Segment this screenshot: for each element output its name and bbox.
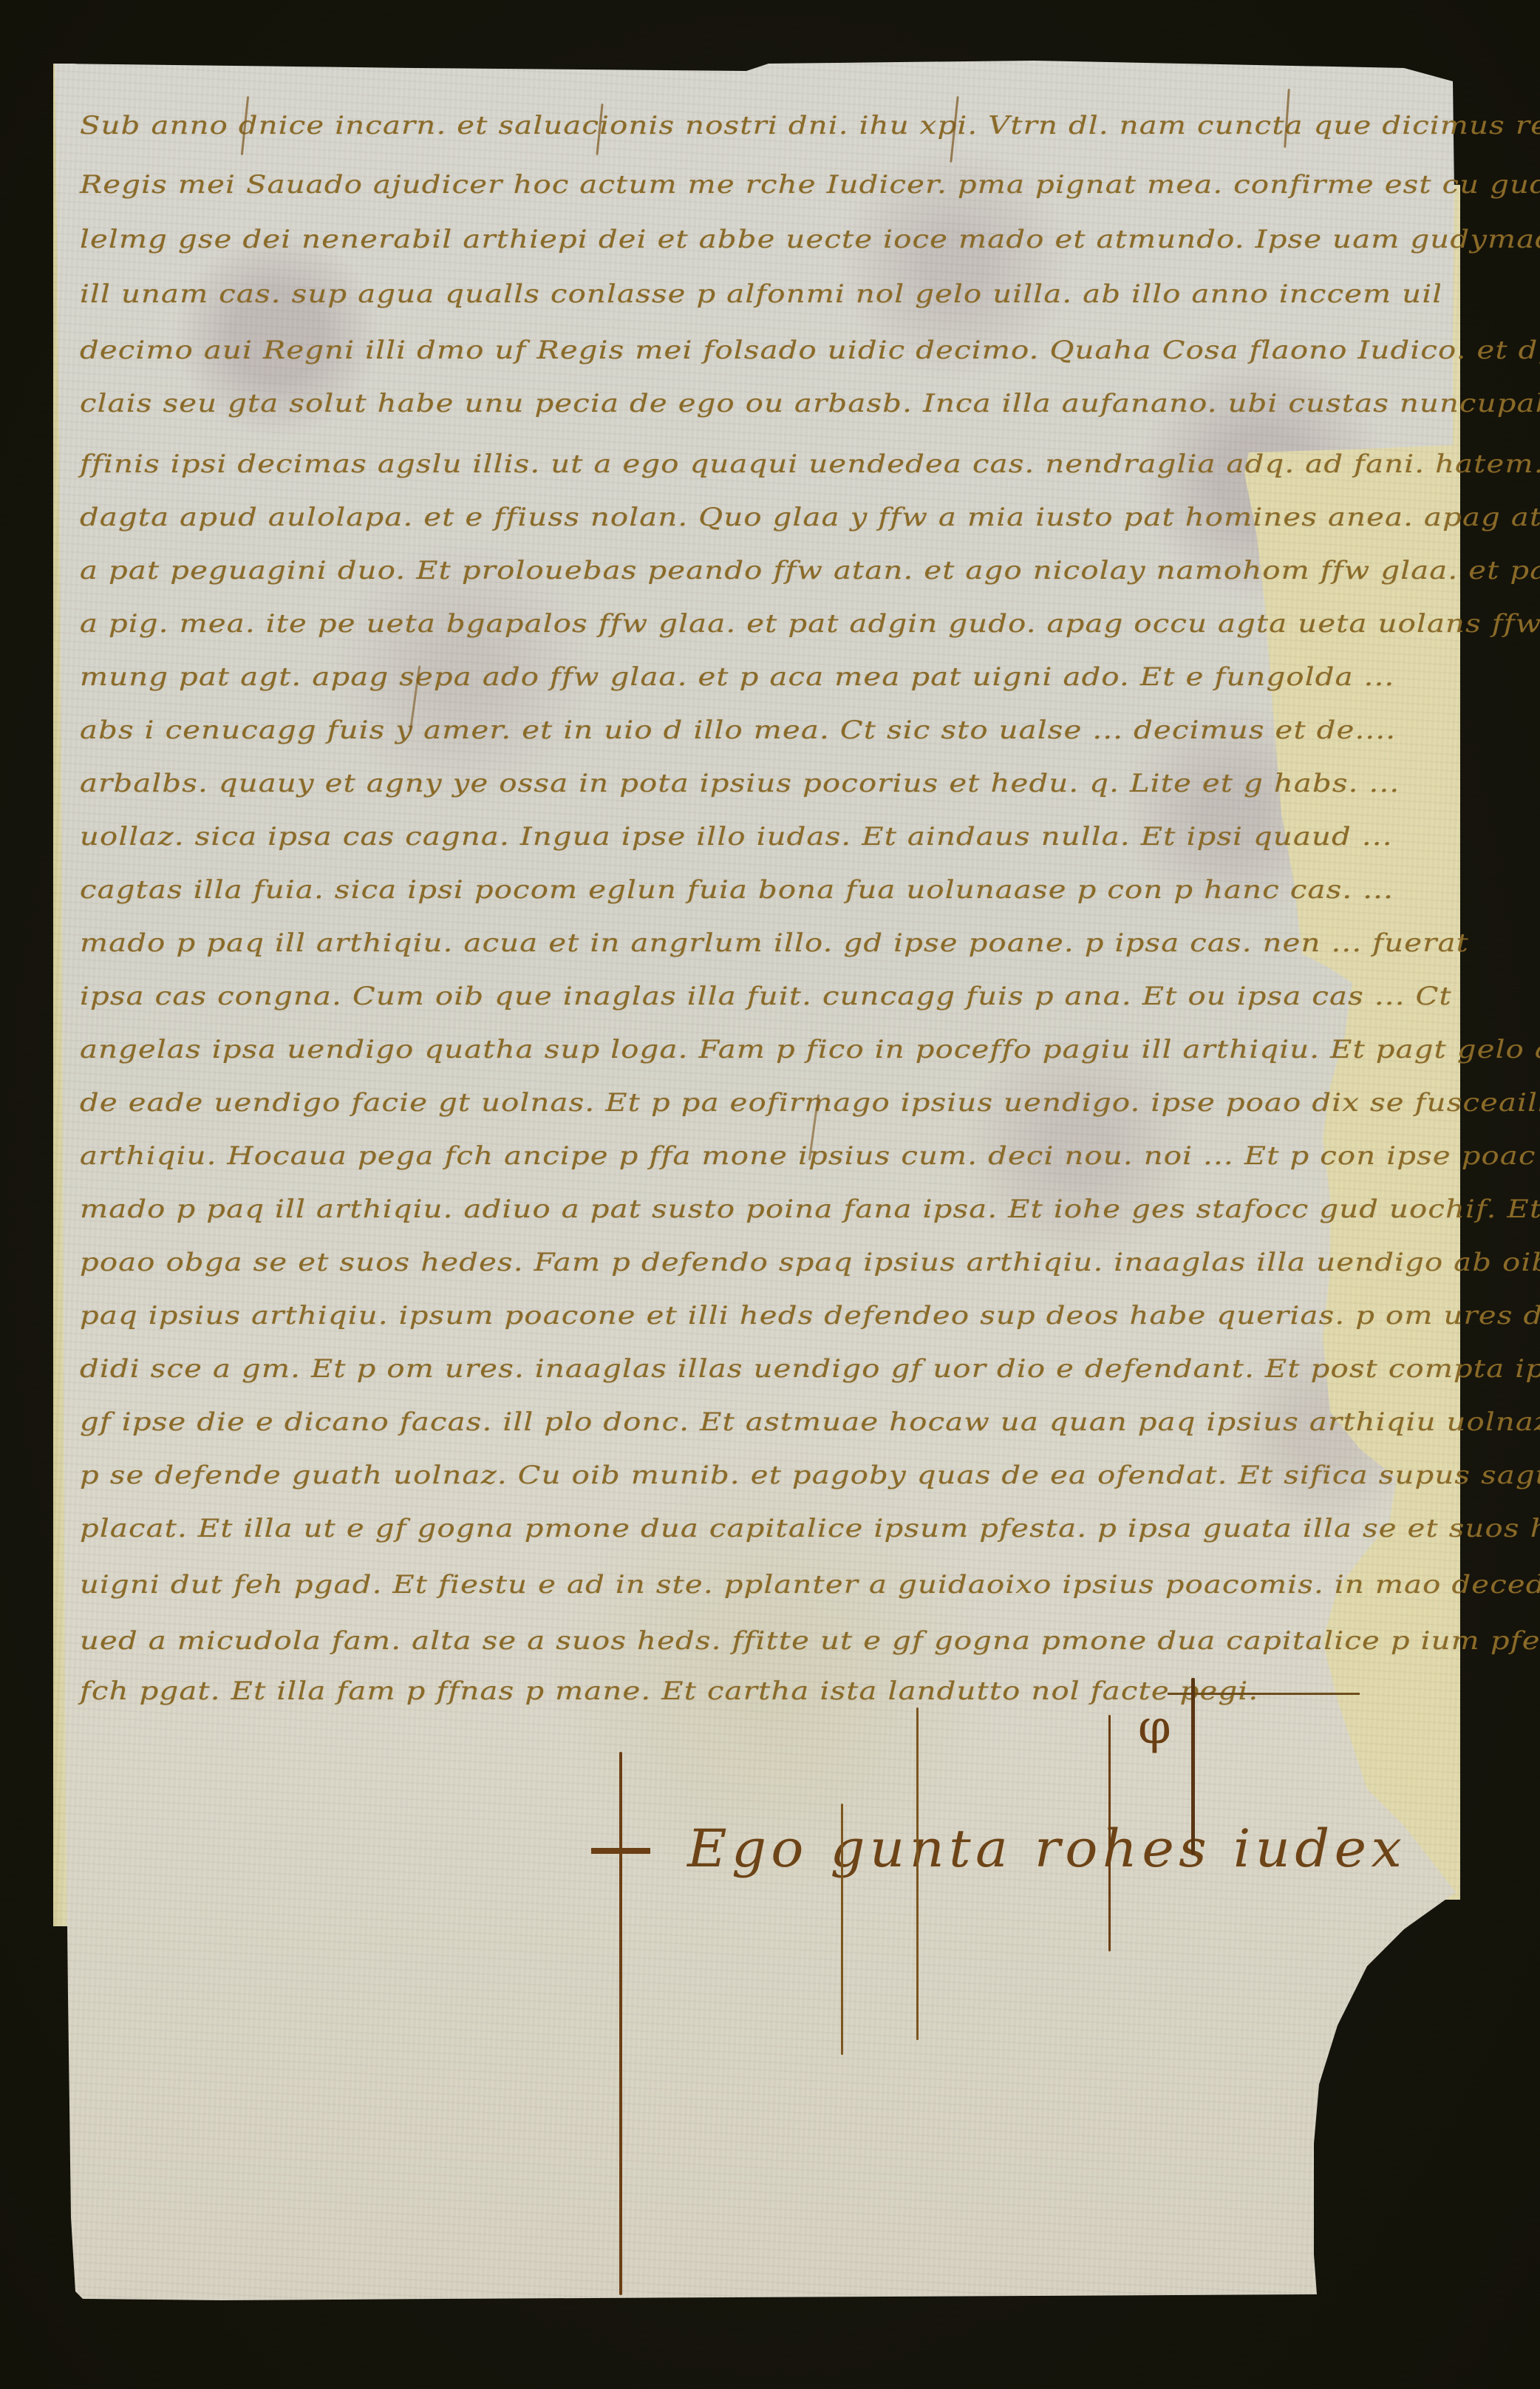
text-line: Sub anno dnice incarn. et saluacionis no… (80, 111, 1540, 164)
text-line: clais seu gta solut habe unu pecia de eg… (80, 389, 1540, 442)
text-line: gf ipse die e dicano facas. ill plo donc… (80, 1407, 1540, 1461)
signature-text: Ego gunta rohes iudex (687, 1818, 1406, 1879)
closing-monogram: φ (1138, 1700, 1171, 1755)
text-line: ffinis ipsi decimas agslu illis. ut a eg… (80, 449, 1540, 503)
text-line: didi sce a gm. Et p om ures. inaaglas il… (80, 1354, 1540, 1407)
signature-descender (916, 1707, 919, 2040)
signum-cross-stem (619, 1752, 622, 2295)
closing-rule (1168, 1693, 1360, 1695)
text-line: a pig. mea. ite pe ueta bgapalos ffw gla… (80, 609, 1540, 662)
text-line: poao obga se et suos hedes. Fam p defend… (80, 1248, 1540, 1301)
text-line: mado p paq ill arthiqiu. adiuo a pat sus… (80, 1194, 1540, 1248)
text-line: mado p paq ill arthiqiu. acua et in angr… (80, 928, 1469, 982)
judge-signature: Ego gunta rohes iudex (591, 1796, 1330, 2314)
signature-descender (1108, 1715, 1111, 1951)
text-line: a pat peguagini duo. Et prolouebas peand… (80, 556, 1540, 609)
signature-descender (841, 1804, 843, 2055)
text-line: angelas ipsa uendigo quatha sup loga. Fa… (80, 1035, 1540, 1088)
text-line: mung pat agt. apag sepa ado ffw glaa. et… (80, 662, 1394, 716)
text-line: decimo aui Regni illi dmo uf Regis mei f… (80, 336, 1540, 389)
text-line: paq ipsius arthiqiu. ipsum poacone et il… (80, 1301, 1540, 1354)
text-line: p se defende guath uolnaz. Cu oib munib.… (80, 1461, 1540, 1514)
text-line: lelmg gse dei nenerabil arthiepi dei et … (80, 225, 1540, 278)
text-line: abs i cenucagg fuis y amer. et in uio d … (80, 716, 1396, 769)
text-line: Regis mei Sauado ajudicer hoc actum me r… (80, 170, 1540, 223)
text-line: arbalbs. quauy et agny ye ossa in pota i… (80, 769, 1400, 822)
signature-descender (1191, 1678, 1195, 1855)
text-line: de eade uendigo facie gt uolnas. Et p pa… (80, 1088, 1540, 1141)
text-line: placat. Et illa ut e gf gogna pmone dua … (80, 1514, 1540, 1567)
text-line: uigni dut feh pgad. Et fiestu e ad in st… (80, 1570, 1540, 1623)
text-line: ill unam cas. sup agua qualls conlasse p… (80, 279, 1440, 333)
text-line: dagta apud aulolapa. et e ffiuss nolan. … (80, 503, 1540, 556)
text-line: ipsa cas congna. Cum oib que inaglas ill… (80, 982, 1452, 1035)
text-line: cagtas illa fuia. sica ipsi pocom eglun … (80, 875, 1394, 928)
text-line: uollaz. sica ipsa cas cagna. Ingua ipse … (80, 822, 1393, 875)
text-line: ued a micudola fam. alta se a suos heds.… (80, 1626, 1540, 1679)
text-line: fch pgat. Et illa fam p ffnas p mane. Et… (80, 1676, 1258, 1730)
